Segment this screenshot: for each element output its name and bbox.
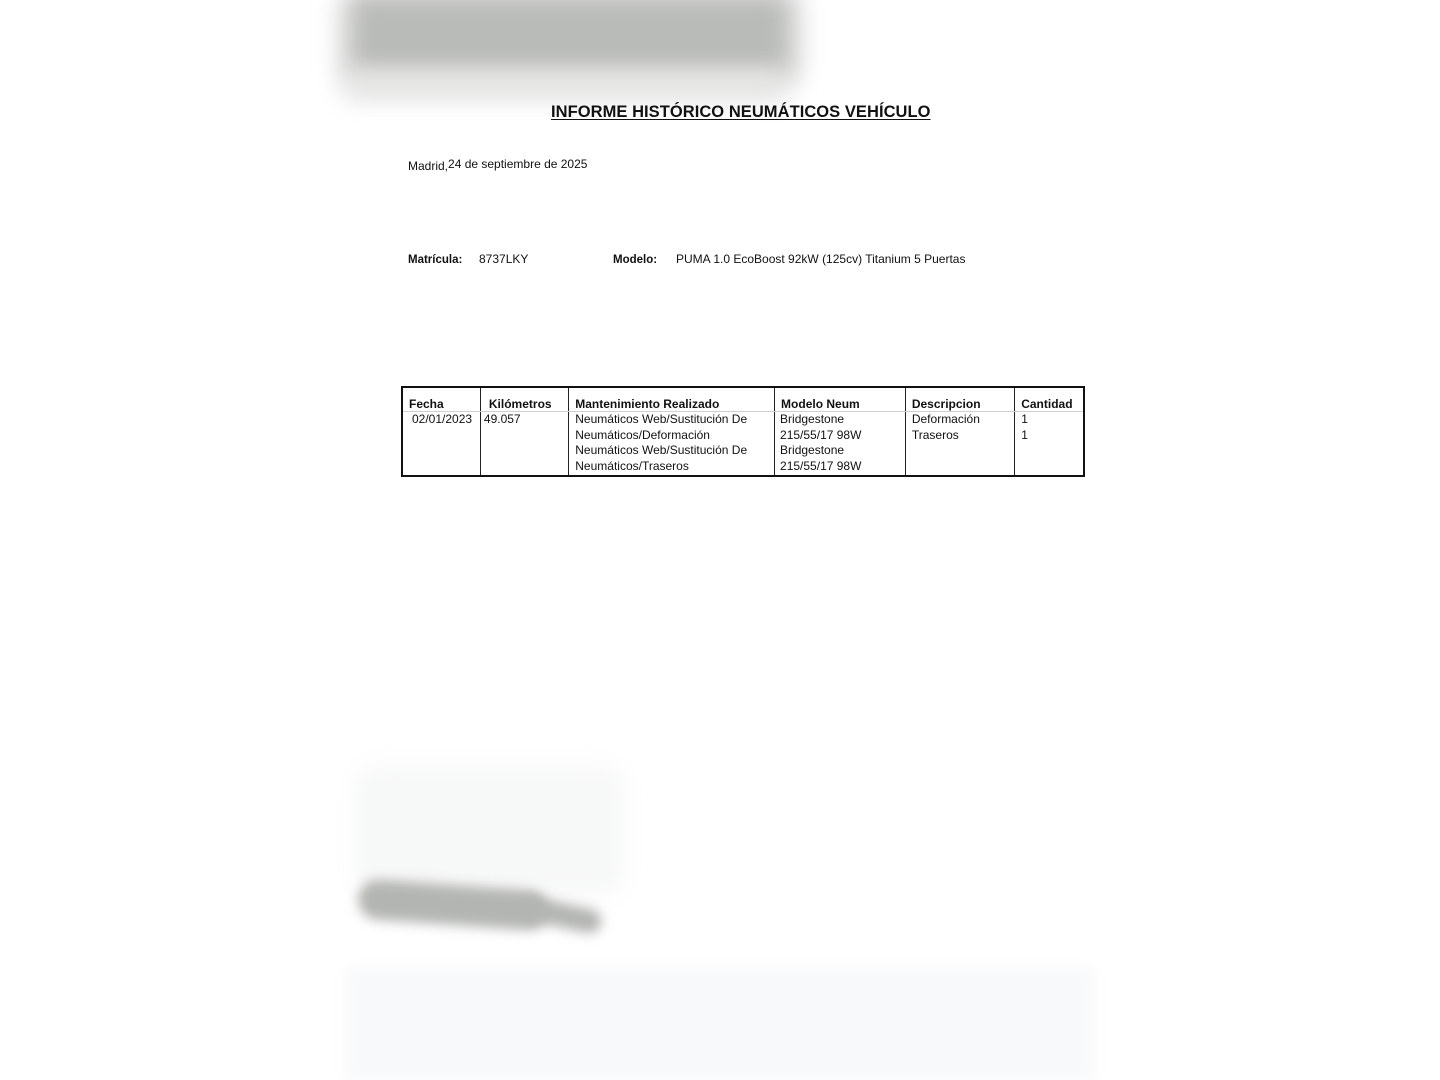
modelo-neum-line: 215/55/17 98W — [780, 459, 899, 475]
cell-fecha: 02/01/2023 — [402, 412, 480, 476]
model-label: Modelo: — [613, 254, 657, 266]
mantenimiento-line: Neumáticos Web/Sustitución De — [575, 412, 768, 428]
cell-cantidad: 1 1 — [1015, 412, 1084, 476]
cell-kilometros: 49.057 — [480, 412, 568, 476]
place-date: Madrid,24 de septiembre de 2025 — [408, 157, 587, 171]
plate-label: Matrícula: — [408, 254, 462, 266]
header-modelo-neum: Modelo Neum — [775, 387, 906, 412]
model-value: PUMA 1.0 EcoBoost 92kW (125cv) Titanium … — [676, 252, 965, 266]
header-kilometros: Kilómetros — [480, 387, 568, 412]
header-fecha: Fecha — [402, 387, 480, 412]
header-mantenimiento: Mantenimiento Realizado — [569, 387, 775, 412]
modelo-neum-line: 215/55/17 98W — [780, 428, 899, 444]
cantidad-line: 1 — [1021, 412, 1077, 428]
descripcion-line: Traseros — [912, 428, 1008, 444]
cell-descripcion: Deformación Traseros — [905, 412, 1014, 476]
cell-modelo-neum: Bridgestone 215/55/17 98W Bridgestone 21… — [775, 412, 906, 476]
mantenimiento-line: Neumáticos/Deformación — [575, 428, 768, 444]
redacted-footer-area — [355, 765, 625, 895]
modelo-neum-line: Bridgestone — [780, 443, 899, 459]
table-header-row: Fecha Kilómetros Mantenimiento Realizado… — [402, 387, 1084, 412]
mantenimiento-line: Neumáticos Web/Sustitución De — [575, 443, 768, 459]
place: Madrid, — [408, 159, 448, 173]
modelo-neum-line: Bridgestone — [780, 412, 899, 428]
table-row: 02/01/2023 49.057 Neumáticos Web/Sustitu… — [402, 412, 1084, 476]
document-title: INFORME HISTÓRICO NEUMÁTICOS VEHÍCULO — [551, 103, 931, 122]
redacted-footer-block — [345, 968, 1095, 1080]
mantenimiento-line: Neumáticos/Traseros — [575, 459, 768, 475]
cell-mantenimiento: Neumáticos Web/Sustitución De Neumáticos… — [569, 412, 775, 476]
descripcion-line: Deformación — [912, 412, 1008, 428]
plate-value: 8737LKY — [479, 252, 528, 266]
cantidad-line: 1 — [1021, 428, 1077, 444]
date: 24 de septiembre de 2025 — [448, 157, 587, 171]
redacted-header-fade — [345, 70, 785, 100]
header-cantidad: Cantidad — [1015, 387, 1084, 412]
header-descripcion: Descripcion — [905, 387, 1014, 412]
tire-history-table: Fecha Kilómetros Mantenimiento Realizado… — [401, 386, 1085, 477]
